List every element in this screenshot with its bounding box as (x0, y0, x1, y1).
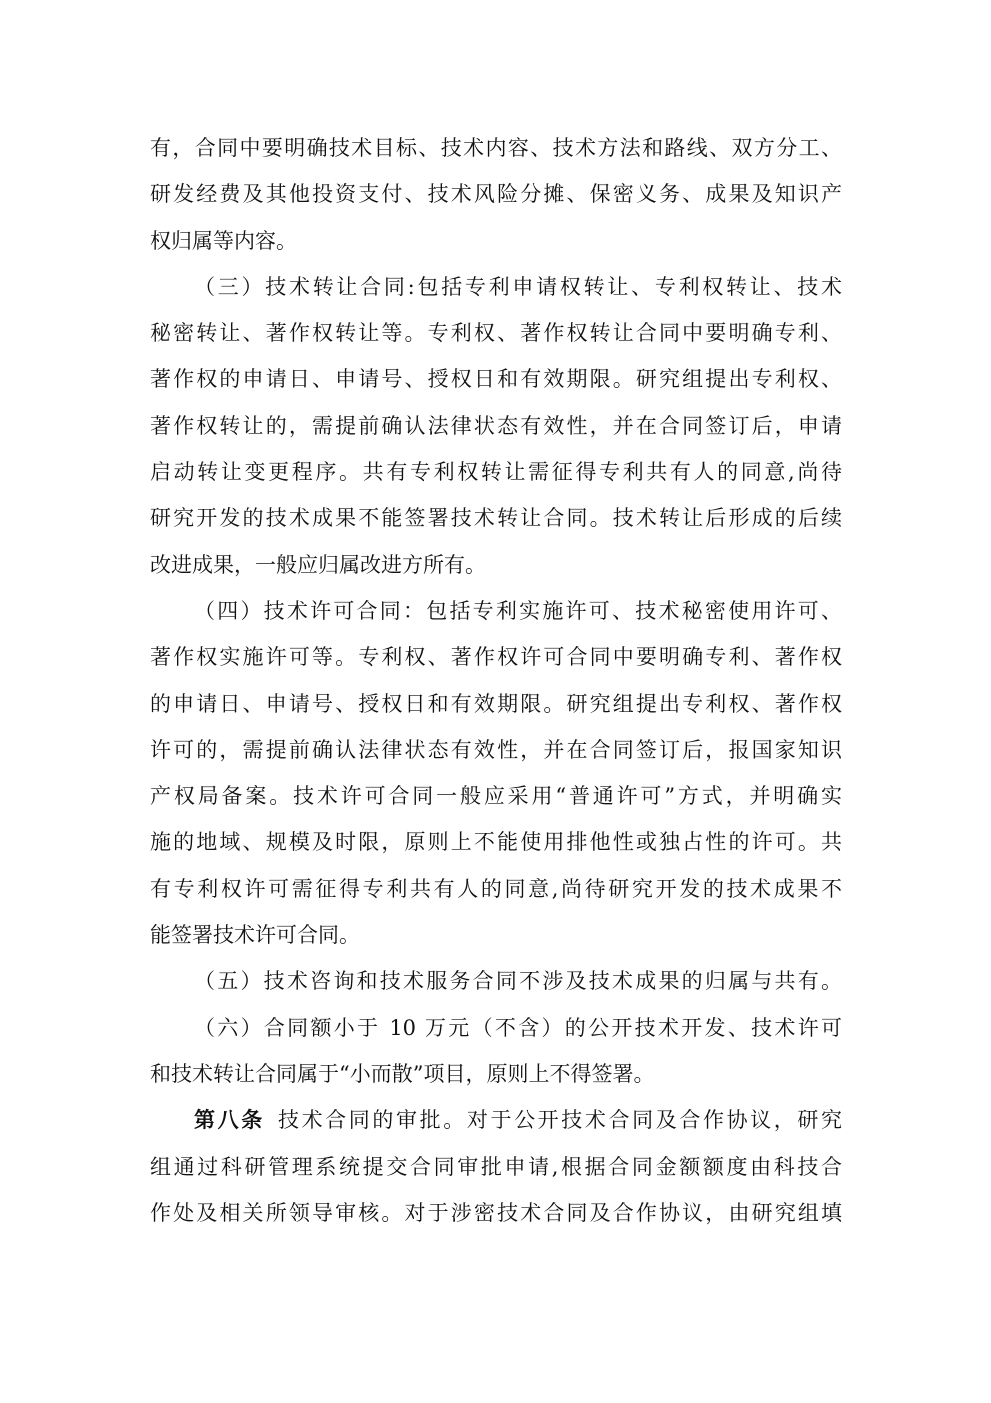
text-line: 著作权的申请日、申请号、授权日和有效期限。研究组提出专利权、 (150, 359, 842, 405)
text-line: 著作权实施许可等。专利权、著作权许可合同中要明确专利、著作权 (150, 637, 842, 683)
text-line: 产权局备案。技术许可合同一般应采用“普通许可”方式，并明确实 (150, 776, 842, 822)
clause-3-heading-line: （三）技术转让合同:包括专利申请权转让、专利权转让、技术 (150, 267, 842, 313)
text-line: 研究开发的技术成果不能签署技术转让合同。技术转让后形成的后续 (150, 498, 842, 544)
text-line: 和技术转让合同属于“小而散”项目，原则上不得签署。 (150, 1054, 842, 1100)
text-line: 能签署技术许可合同。 (150, 915, 842, 961)
body-text: 有，合同中要明确技术目标、技术内容、技术方法和路线、双方分工、 研发经费及其他投… (150, 128, 842, 1239)
text-line: 作处及相关所领导审核。对于涉密技术合同及合作协议，由研究组填 (150, 1193, 842, 1239)
text-line: 秘密转让、著作权转让等。专利权、著作权转让合同中要明确专利、 (150, 313, 842, 359)
document-page: 有，合同中要明确技术目标、技术内容、技术方法和路线、双方分工、 研发经费及其他投… (0, 0, 991, 1403)
article-8-text: 技术合同的审批。对于公开技术合同及合作协议，研究 (275, 1108, 842, 1132)
clause-4-heading-line: （四）技术许可合同：包括专利实施许可、技术秘密使用许可、 (150, 591, 842, 637)
text-line: 研发经费及其他投资支付、技术风险分摊、保密义务、成果及知识产 (150, 174, 842, 220)
text-line: 启动转让变更程序。共有专利权转让需征得专利共有人的同意,尚待 (150, 452, 842, 498)
clause-6-heading-line: （六）合同额小于 10 万元（不含）的公开技术开发、技术许可 (150, 1008, 842, 1054)
text-line: 有，合同中要明确技术目标、技术内容、技术方法和路线、双方分工、 (150, 128, 842, 174)
text-line: 的申请日、申请号、授权日和有效期限。研究组提出专利权、著作权 (150, 684, 842, 730)
text-line: 许可的，需提前确认法律状态有效性，并在合同签订后，报国家知识 (150, 730, 842, 776)
clause-5-line: （五）技术咨询和技术服务合同不涉及技术成果的归属与共有。 (150, 961, 842, 1007)
article-8-heading: 第八条 (194, 1107, 265, 1132)
text-line: 组通过科研管理系统提交合同审批申请,根据合同金额额度由科技合 (150, 1147, 842, 1193)
text-line: 权归属等内容。 (150, 221, 842, 267)
text-line: 施的地域、规模及时限，原则上不能使用排他性或独占性的许可。共 (150, 822, 842, 868)
article-8-first-line: 第八条 技术合同的审批。对于公开技术合同及合作协议，研究 (150, 1100, 842, 1146)
text-line: 改进成果，一般应归属改进方所有。 (150, 545, 842, 591)
text-line: 著作权转让的，需提前确认法律状态有效性，并在合同签订后，申请 (150, 406, 842, 452)
text-line: 有专利权许可需征得专利共有人的同意,尚待研究开发的技术成果不 (150, 869, 842, 915)
